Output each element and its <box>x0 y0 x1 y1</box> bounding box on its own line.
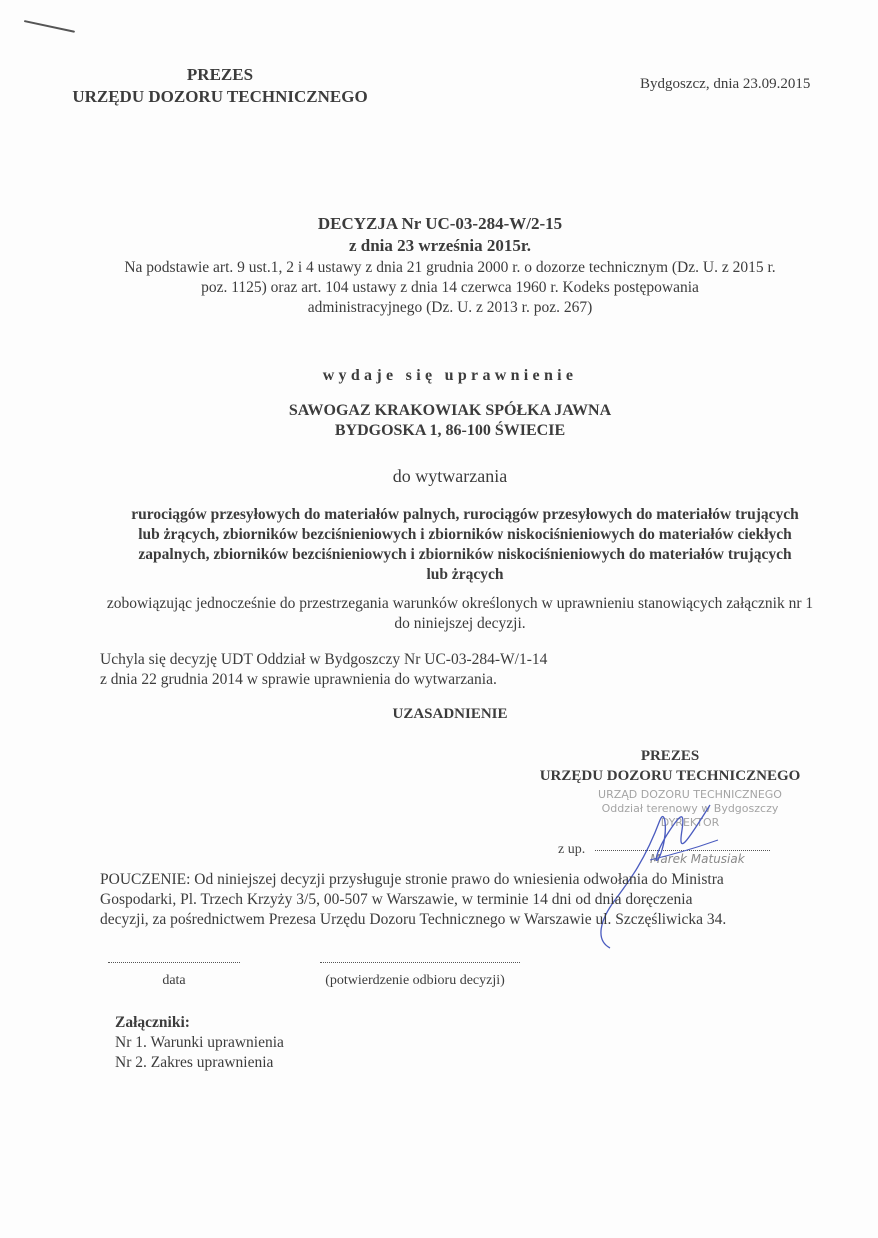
grant-phrase: wydaje się uprawnienie <box>100 367 800 385</box>
receipt-label: (potwierdzenie odbioru decyzji) <box>300 973 530 989</box>
obligation-clause: zobowiązując jednocześnie do przestrzega… <box>80 594 840 634</box>
issuer-line-1: PREZES <box>60 64 380 86</box>
legal-basis: Na podstawie art. 9 ust.1, 2 i 4 ustawy … <box>100 258 800 318</box>
place-date: Bydgoszcz, dnia 23.09.2015 <box>640 76 810 93</box>
revocation-line: Uchyla się decyzję UDT Oddział w Bydgosz… <box>100 650 700 670</box>
signatory-line-1: PREZES <box>530 746 810 766</box>
issuer-line-2: URZĘDU DOZORU TECHNICZNEGO <box>60 86 380 108</box>
company-address: BYDGOSKA 1, 86-100 ŚWIECIE <box>100 421 800 441</box>
staple-mark <box>24 20 75 33</box>
zup-label: z up. <box>558 842 585 858</box>
attachments: Załączniki: Nr 1. Warunki uprawnienia Nr… <box>115 1013 284 1073</box>
revocation-clause: Uchyla się decyzję UDT Oddział w Bydgosz… <box>100 650 700 690</box>
signatory-line-2: URZĘDU DOZORU TECHNICZNEGO <box>530 766 810 786</box>
instruction-line: decyzji, za pośrednictwem Prezesa Urzędu… <box>100 910 800 930</box>
justification-heading: UZASADNIENIE <box>100 706 800 723</box>
attachments-heading: Załączniki: <box>115 1013 284 1033</box>
scope-of-authorization: rurociągów przesyłowych do materiałów pa… <box>95 505 835 585</box>
receipt-dotted-line <box>320 962 520 963</box>
scope-line: lub żrących <box>95 565 835 585</box>
scope-line: lub żrących, zbiorników bezciśnieniowych… <box>95 525 835 545</box>
scope-line: zapalnych, zbiorników bezciśnieniowych i… <box>95 545 835 565</box>
purpose: do wytwarzania <box>100 466 800 487</box>
decision-number: DECYZJA Nr UC-03-284-W/2-15 <box>100 213 780 235</box>
signatory-header: PREZES URZĘDU DOZORU TECHNICZNEGO <box>530 746 810 786</box>
instruction-line: Gospodarki, Pl. Trzech Krzyży 3/5, 00-50… <box>100 890 800 910</box>
company-block: SAWOGAZ KRAKOWIAK SPÓŁKA JAWNA BYDGOSKA … <box>100 401 800 441</box>
decision-date: z dnia 23 września 2015r. <box>100 235 780 257</box>
date-dotted-line <box>108 962 240 963</box>
appeal-instruction: POUCZENIE: Od niniejszej decyzji przysłu… <box>100 870 800 930</box>
scope-line: rurociągów przesyłowych do materiałów pa… <box>95 505 835 525</box>
issuer-header: PREZES URZĘDU DOZORU TECHNICZNEGO <box>60 64 380 108</box>
legal-basis-line: Na podstawie art. 9 ust.1, 2 i 4 ustawy … <box>100 258 800 278</box>
instruction-line: POUCZENIE: Od niniejszej decyzji przysłu… <box>100 870 800 890</box>
attachment-item: Nr 1. Warunki uprawnienia <box>115 1033 284 1053</box>
revocation-line: z dnia 22 grudnia 2014 w sprawie uprawni… <box>100 670 700 690</box>
date-label: data <box>108 973 240 989</box>
obligation-line: do niniejszej decyzji. <box>80 614 840 634</box>
company-name: SAWOGAZ KRAKOWIAK SPÓŁKA JAWNA <box>100 401 800 421</box>
legal-basis-line: poz. 1125) oraz art. 104 ustawy z dnia 1… <box>100 278 800 298</box>
legal-basis-line: administracyjnego (Dz. U. z 2013 r. poz.… <box>100 298 800 318</box>
decision-title-block: DECYZJA Nr UC-03-284-W/2-15 z dnia 23 wr… <box>100 213 780 257</box>
attachment-item: Nr 2. Zakres uprawnienia <box>115 1053 284 1073</box>
obligation-line: zobowiązując jednocześnie do przestrzega… <box>80 594 840 614</box>
